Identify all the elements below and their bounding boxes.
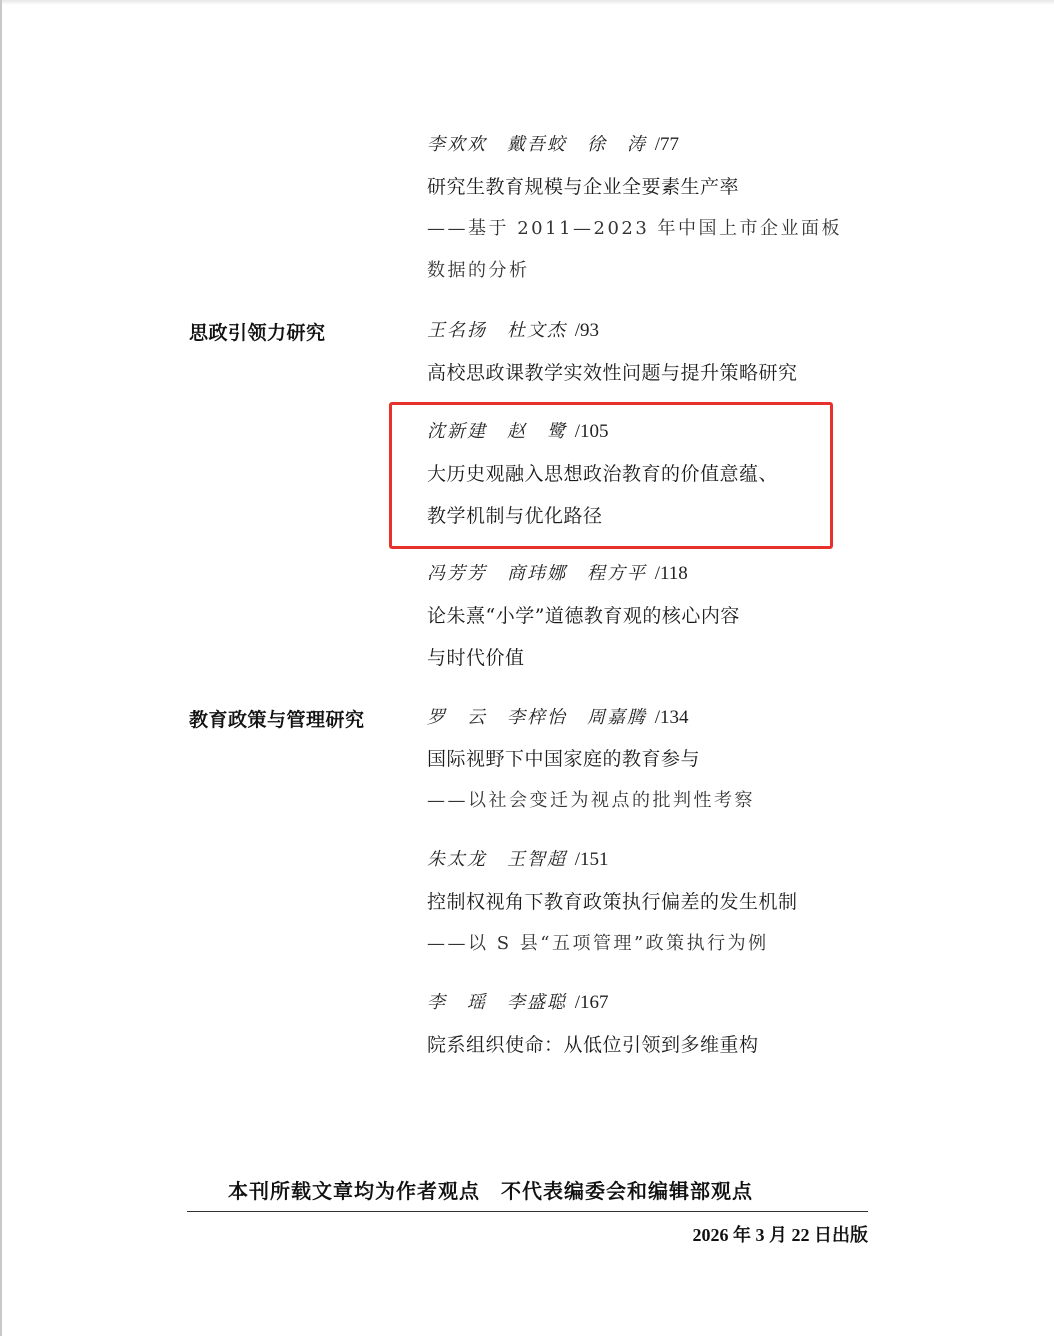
page-number: /118 (655, 563, 688, 584)
page-number: /105 (575, 421, 609, 442)
section-label-policy: 教育政策与管理研究 (189, 705, 365, 732)
article-title: 教学机制与优化路径 (427, 504, 603, 528)
footer-divider (187, 1211, 868, 1212)
article-title: 控制权视角下教育政策执行偏差的发生机制 (427, 890, 798, 914)
article-authors: 沈新建 赵 鹭 /105 (427, 420, 609, 444)
section-label-ideological: 思政引领力研究 (189, 318, 326, 345)
page-number: /151 (575, 849, 609, 870)
article-title: 院系组织使命：从低位引领到多维重构 (427, 1033, 759, 1057)
article-authors: 朱太龙 王智超 /151 (427, 848, 609, 872)
article-title: 与时代价值 (427, 646, 525, 670)
article-title: 研究生教育规模与企业全要素生产率 (427, 175, 739, 199)
article-title: 大历史观融入思想政治教育的价值意蕴、 (427, 462, 778, 486)
disclaimer-notice: 本刊所载文章均为作者观点 不代表编委会和编辑部观点 (228, 1175, 753, 1204)
page-number: /93 (575, 320, 599, 341)
article-authors: 罗 云 李梓怡 周嘉腾 /134 (427, 706, 689, 730)
article-title: 高校思政课教学实效性问题与提升策略研究 (427, 361, 798, 385)
page-number: /77 (655, 134, 679, 155)
article-subtitle: ——以 S 县“五项管理”政策执行为例 (427, 932, 769, 956)
article-subtitle: ——以社会变迁为视点的批判性考察 (427, 789, 755, 813)
article-title: 国际视野下中国家庭的教育参与 (427, 747, 700, 771)
article-title: 论朱熹“小学”道德教育观的核心内容 (427, 604, 740, 628)
publication-date: 2026 年 3 月 22 日出版 (693, 1221, 869, 1247)
article-subtitle: 数据的分析 (427, 259, 530, 283)
page-number: /134 (655, 707, 689, 728)
page-top-edge (0, 0, 1054, 5)
article-authors: 冯芳芳 商玮娜 程方平 /118 (427, 562, 688, 586)
article-authors: 李 瑶 李盛聪 /167 (427, 991, 609, 1015)
article-authors: 李欢欢 戴吾蛟 徐 涛 /77 (427, 133, 679, 157)
article-subtitle: ——基于 2011—2023 年中国上市企业面板 (427, 217, 842, 241)
page-number: /167 (575, 992, 609, 1013)
article-authors: 王名扬 杜文杰 /93 (427, 319, 599, 343)
page-left-edge (0, 0, 2, 1336)
